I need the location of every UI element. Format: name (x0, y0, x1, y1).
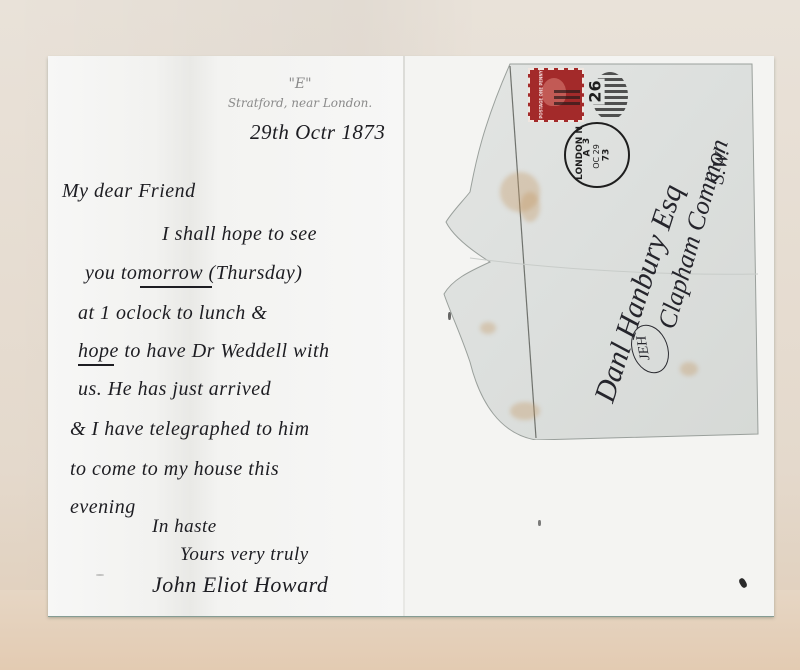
foxing-stain (680, 362, 698, 376)
envelope: POSTAGE ONE PENNY 26 LONDON N A 3 OC 29 … (440, 62, 760, 440)
salutation: My dear Friend (62, 180, 196, 203)
letterhead-monogram: "E" (180, 76, 420, 92)
postmark-number: 3 (582, 138, 592, 144)
body-line-7: to come to my house this (70, 458, 279, 481)
letterhead-address: Stratford, near London. (180, 96, 420, 110)
stamp-cancel-bars (554, 90, 580, 108)
underline-hope (78, 364, 114, 366)
body-line-2: you tomorrow (Thursday) (85, 262, 302, 285)
foxing-stain (480, 322, 496, 334)
signature: John Eliot Howard (152, 572, 328, 598)
cancel-number: 26 (586, 78, 605, 104)
stamp-label: POSTAGE ONE PENNY (539, 70, 544, 120)
letter-date: 29th Octr 1873 (250, 120, 385, 145)
closing-line-2: Yours very truly (180, 544, 309, 566)
postage-stamp: POSTAGE ONE PENNY (528, 68, 584, 122)
body-line-4: hope to have Dr Weddell with (78, 340, 330, 363)
closing-line-1: In haste (152, 516, 217, 538)
postmark-date: OC 29 (592, 144, 601, 169)
body-line-6: & I have telegraphed to him (70, 418, 310, 441)
dust-speck (96, 574, 104, 576)
dust-speck (448, 312, 451, 320)
foxing-stain (510, 402, 540, 420)
underline-tomorrow (140, 286, 212, 288)
circular-postmark: LONDON N A 3 OC 29 73 (564, 122, 630, 188)
body-line-1: I shall hope to see (162, 223, 317, 246)
postmark-year: 73 (601, 149, 611, 162)
body-line-8: evening (70, 496, 136, 519)
body-line-3: at 1 oclock to lunch & (78, 302, 267, 325)
fold-line (403, 56, 405, 616)
initials-text: JEH (634, 334, 654, 361)
body-line-5: us. He has just arrived (78, 378, 271, 401)
dust-speck (538, 520, 541, 526)
foxing-stain (520, 192, 540, 222)
